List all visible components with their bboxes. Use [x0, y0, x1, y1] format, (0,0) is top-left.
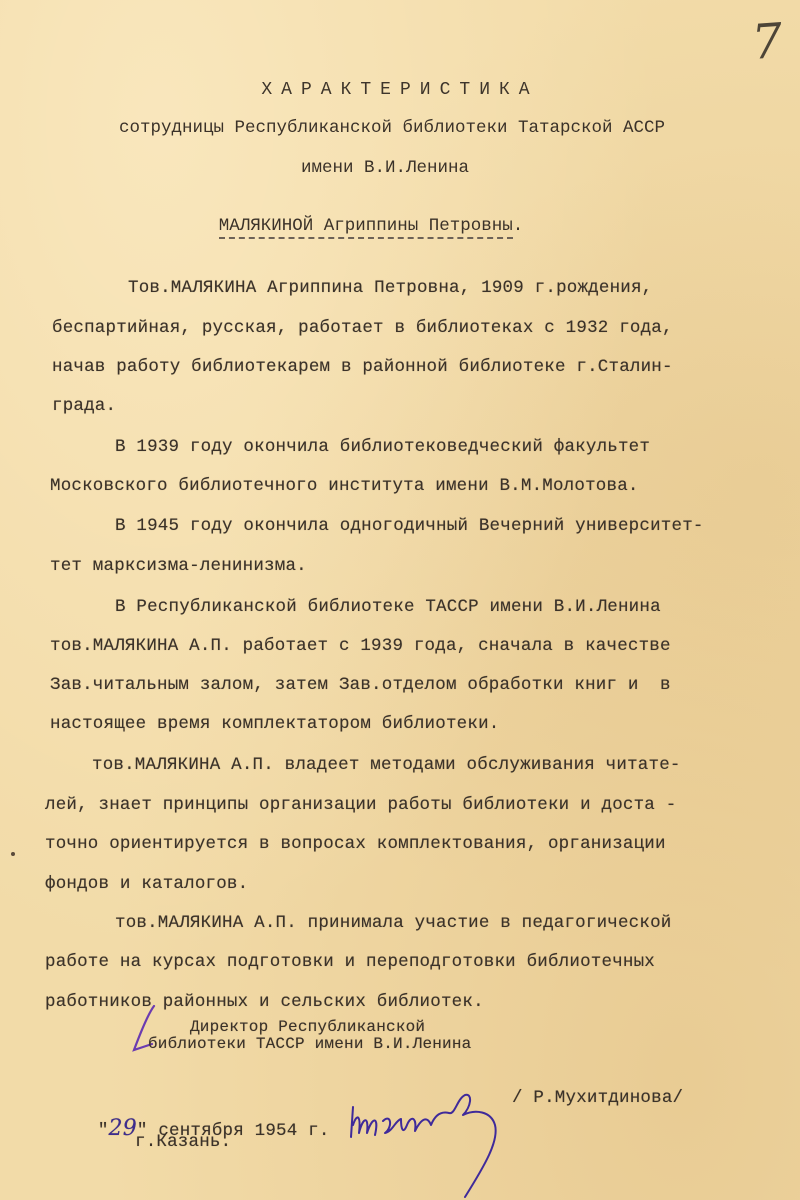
body-line-2: беспартийная, русская, работает в библио… — [52, 318, 673, 338]
date-open-quote: " — [98, 1121, 109, 1141]
body-line-16: фондов и каталогов. — [45, 874, 248, 894]
document-page: 7 ХАРАКТЕРИСТИКА сотрудницы Республиканс… — [0, 0, 800, 1200]
subject-name: МАЛЯКИНОЙ Агриппины Петровны — [219, 216, 513, 239]
city-line: г.Казань. — [135, 1132, 231, 1152]
subtitle-line-1: сотрудницы Республиканской библиотеки Та… — [0, 118, 792, 138]
signatory-name: / Р.Мухитдинова/ — [512, 1088, 683, 1108]
ink-speck — [11, 852, 15, 856]
subtitle-line-2: имени В.И.Ленина — [0, 158, 785, 178]
body-line-6: Московского библиотечного института имен… — [50, 476, 639, 496]
subject-name-line: МАЛЯКИНОЙ Агриппины Петровны. — [0, 196, 750, 256]
body-line-13: тов.МАЛЯКИНА А.П. владеет методами обслу… — [92, 755, 681, 775]
subject-name-suffix: . — [513, 216, 524, 236]
handwritten-signature-icon — [345, 1085, 515, 1200]
body-line-8: тет марксизма-ленинизма. — [50, 556, 307, 576]
body-line-17: тов.МАЛЯКИНА А.П. принимала участие в пе… — [115, 913, 672, 933]
date-day-handwritten: 29 — [109, 1116, 137, 1141]
body-line-19: работников районных и сельских библиотек… — [45, 992, 484, 1012]
body-line-1: Тов.МАЛЯКИНА Агриппина Петровна, 1909 г.… — [128, 278, 652, 298]
body-line-14: лей, знает принципы организации работы б… — [45, 795, 676, 815]
signatory-position-line-2: библиотеки ТАССР имени В.И.Ленина — [148, 1035, 471, 1053]
body-line-9: В Республиканской библиотеке ТАССР имени… — [115, 597, 661, 617]
body-line-15: точно ориентируется в вопросах комплекто… — [45, 834, 666, 854]
body-line-12: настоящее время комплектатором библиотек… — [50, 714, 499, 734]
body-line-10: тов.МАЛЯКИНА А.П. работает с 1939 года, … — [50, 636, 671, 656]
body-line-3: начав работу библиотекарем в районной би… — [52, 357, 673, 377]
body-line-4: града. — [52, 396, 116, 416]
document-title: ХАРАКТЕРИСТИКА — [0, 80, 800, 100]
signatory-position-line-1: Директор Республиканской — [190, 1018, 425, 1036]
body-line-5: В 1939 году окончила библиотековедческий… — [115, 437, 650, 457]
handwritten-page-number: 7 — [750, 13, 784, 71]
body-line-11: Зав.читальным залом, затем Зав.отделом о… — [50, 675, 671, 695]
body-line-18: работе на курсах подготовки и переподгот… — [45, 952, 655, 972]
body-line-7: В 1945 году окончила одногодичный Вечерн… — [115, 516, 704, 536]
